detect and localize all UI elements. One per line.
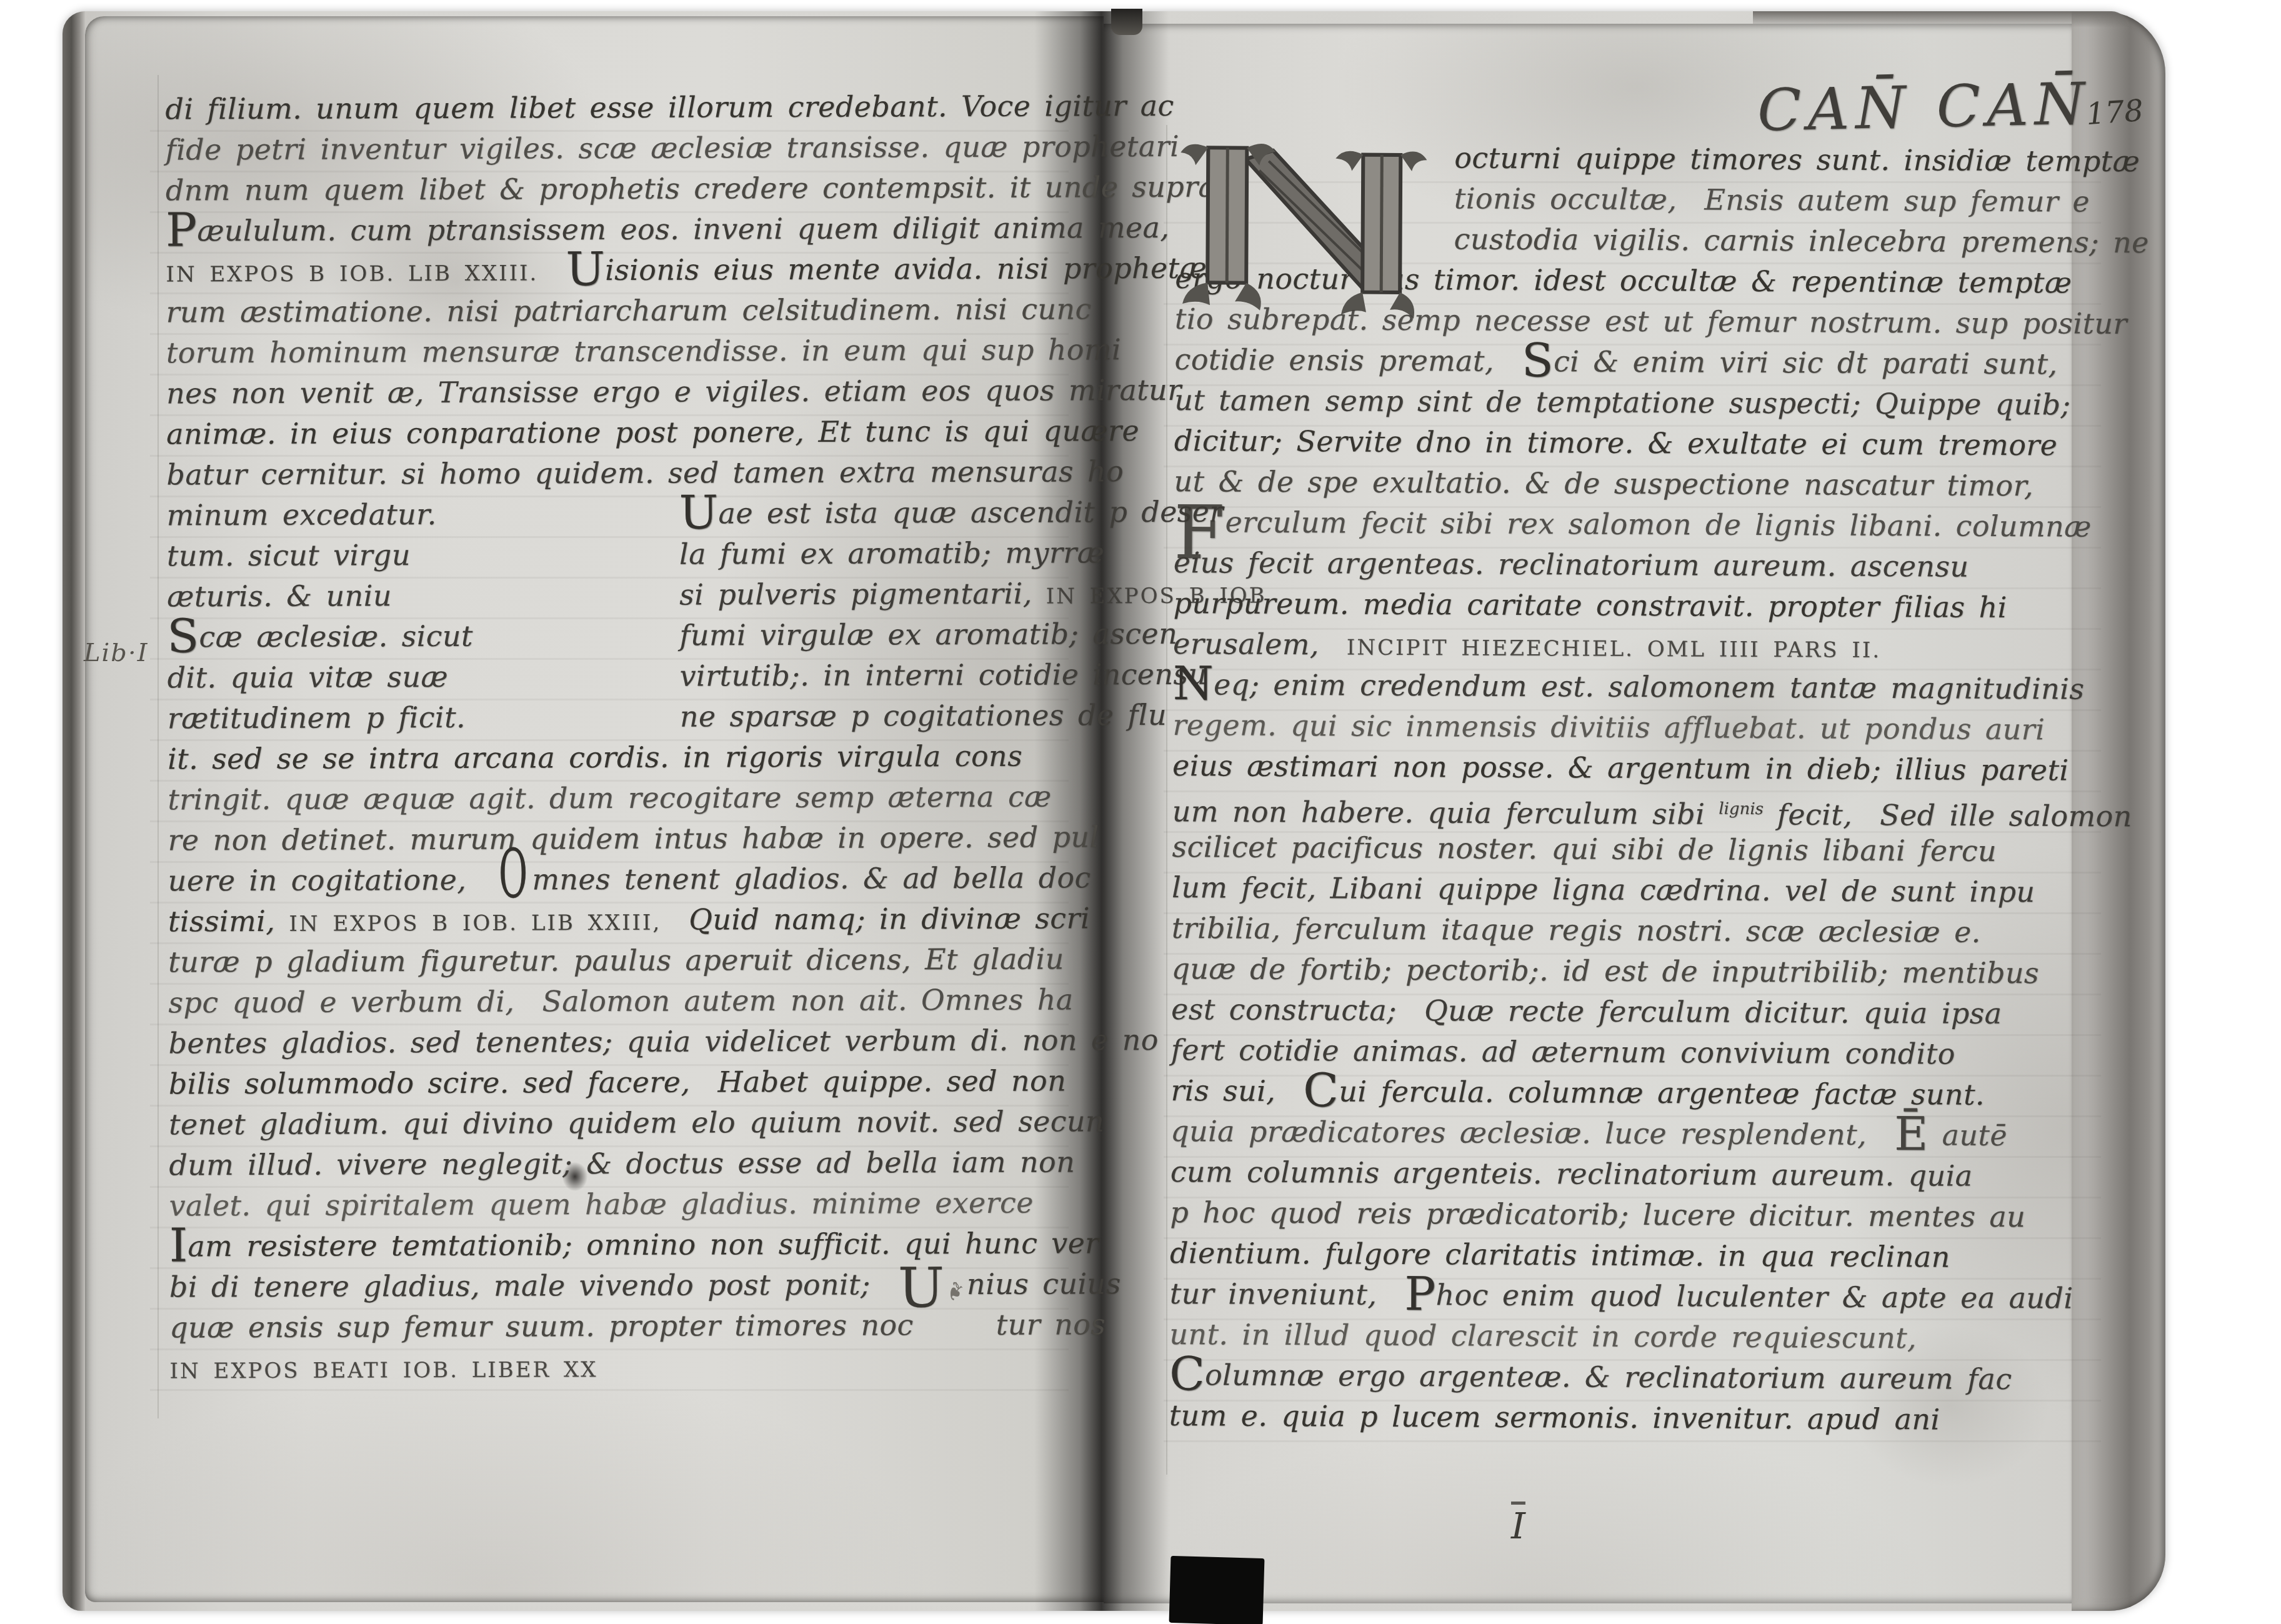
text-segment: ui fercula. columnæ argenteæ factæ sunt. [1339, 1074, 1985, 1111]
manuscript-line: tur inveniunt, Phoc enim quod luculenter… [1170, 1273, 2114, 1319]
manuscript-line: bi di tenere gladius, male vivendo post … [169, 1263, 1069, 1307]
manuscript-line: ut tamen semp sint de temptatione suspec… [1174, 380, 2118, 426]
initial-letter: U [679, 486, 719, 539]
text-segment: minum excedatur. [167, 497, 437, 532]
text-segment: fide petri inventur vigiles. scæ æclesiæ… [166, 129, 1179, 167]
initial-letter: N [1173, 657, 1214, 710]
manuscript-line: eius fecit argenteas. reclinatorium aure… [1174, 542, 2117, 588]
manuscript-line: eius æstimari non posse. & argentum in d… [1172, 745, 2116, 791]
line-fragment-left: minum excedatur. [167, 494, 412, 536]
text-segment: batur cernitur. si homo quidem. sed tame… [166, 454, 1124, 491]
text-segment: dit. quia vitæ suæ [167, 660, 449, 695]
rubric-caps: IN EXPOS BEATI IOB. LIBER XX [169, 1357, 597, 1383]
manuscript-line: it. sed se se intra arcana cordis. in ri… [167, 735, 1067, 779]
initial-letter: P [1404, 1267, 1436, 1321]
initial-gap [412, 605, 679, 605]
text-segment: tum e. quia p lucem sermonis. invenitur.… [1169, 1398, 1940, 1436]
text-segment: nius cuius [967, 1267, 1121, 1301]
manuscript-line: est constructa; Quæ recte ferculum dicit… [1171, 989, 2115, 1035]
left-text-wrap-around-initial: minum excedatur.Uae est ista quæ ascendi… [167, 492, 1067, 739]
text-segment: erusalem, [1173, 627, 1347, 661]
manuscript-line: erusalem, INCIPIT HIEZECHIEL. OML IIII P… [1173, 624, 2117, 669]
manuscript-line: rum æstimatione. nisi patriarcharum cels… [166, 289, 1066, 332]
manuscript-line: Ferculum fecit sibi rex salomon de ligni… [1174, 502, 2117, 547]
text-segment: p hoc quod reis prædicatorib; lucere dic… [1170, 1195, 2025, 1233]
manuscript-line: valet. qui spiritalem quem habæ gladius.… [169, 1182, 1069, 1226]
text-segment: quia prædicatores æclesiæ. luce resplend… [1170, 1114, 1894, 1152]
manuscript-line: quæ de fortib; pectorib;. id est de inpu… [1171, 949, 2115, 994]
line-fragment-left: dit. quia vitæ suæ [167, 657, 412, 698]
text-segment: tionis occultæ, Ensis autem sup femur e [1454, 181, 2090, 218]
text-segment: eius æstimari non posse. & argentum in d… [1172, 749, 2069, 787]
manuscript-line: tio subrepat. semp necesse est ut femur … [1175, 299, 2119, 344]
manuscript-line: lum fecit, Libani quippe ligna cædrina. … [1172, 867, 2115, 913]
left-text-upper: di filium. unum quem libet esse illorum … [165, 86, 1066, 495]
text-segment: est constructa; Quæ recte ferculum dicit… [1171, 992, 2002, 1030]
text-segment: quæ ensis sup femur suum. propter timore… [169, 1307, 1106, 1344]
manuscript-line: bilis solummodo scire. sed facere, Habet… [169, 1060, 1069, 1104]
initial-letter: C [1169, 1347, 1205, 1401]
manuscript-line: æturis. & uniusi pulveris pigmentarii, I… [167, 573, 1067, 617]
text-segment: æululum. cum ptransissem eos. inveni que… [197, 211, 1169, 247]
text-segment: animæ. in eius conparatione post ponere,… [166, 414, 1139, 451]
manuscript-line: Neq; enim credendum est. salomonem tantæ… [1173, 664, 2117, 710]
text-segment: cum columnis argenteis. reclinatorium au… [1170, 1155, 1973, 1193]
superscript-gloss: lignis [1719, 800, 1764, 819]
manuscript-line: di filium. unum quem libet esse illorum … [165, 86, 1065, 129]
quire-mark: I [1511, 1505, 1525, 1547]
text-segment [538, 253, 566, 287]
text-segment: isionis eius mente avida. nisi prophetæ [605, 251, 1207, 287]
manuscript-line: p hoc quod reis prædicatorib; lucere dic… [1170, 1192, 2114, 1238]
manuscript-line: dientium. fulgore claritatis intimæ. in … [1170, 1233, 2114, 1278]
manuscript-line: dicitur; Servite dno in timore. & exulta… [1174, 421, 2118, 466]
text-segment: erculum fecit sibi rex salomon de lignis… [1225, 505, 2091, 543]
manuscript-line: tionis occultæ, Ensis autem sup femur e [1175, 177, 2119, 222]
text-segment: re non detinet. murum quidem intus habæ … [167, 820, 1099, 857]
line-fragment-left: Scæ æclesiæ. sicut [167, 616, 412, 657]
initial-gap [412, 686, 680, 687]
text-segment: fecit, Sed ille salomon [1764, 797, 2132, 833]
text-segment: uere in cogitatione, [168, 863, 494, 898]
text-segment: bentes gladios. sed tenentes; quia videl… [169, 1023, 1159, 1060]
text-segment: tissimi, [168, 904, 289, 939]
rubric-caps: IN EXPOS B IOB. LIB XXIII. [166, 261, 538, 287]
text-segment: tenet gladium. qui divino quidem elo qui… [169, 1104, 1104, 1141]
margin-note-lib: Lib·I [84, 639, 148, 667]
manuscript-line: um non habere. quia ferculum sibi lignis… [1172, 786, 2116, 832]
initial-letter: F [1174, 489, 1225, 575]
manuscript-line: dnm num quem libet & prophetis credere c… [166, 167, 1066, 211]
text-segment: ris sui, [1170, 1074, 1303, 1108]
manuscript-line: uere in cogitatione, Omnes tenent gladio… [168, 857, 1068, 901]
text-segment: di filium. unum quem libet esse illorum … [165, 89, 1174, 126]
text-segment: tringit. quæ æquæ agit. dum recogitare s… [167, 780, 1052, 817]
text-segment: tum. sicut virgu [167, 538, 411, 572]
manuscript-line: dit. quia vitæ suævirtutib;. in interni … [167, 654, 1067, 698]
manuscript-line: spc quod e verbum di, Salomon autem non … [168, 979, 1068, 1023]
wrap-rows: minum excedatur.Uae est ista quæ ascendi… [167, 492, 1067, 739]
text-segment: fert cotidie animas. ad æternum conviviu… [1171, 1033, 1955, 1071]
manuscript-line: tissimi, IN EXPOS B IOB. LIB XXIII, Quid… [168, 898, 1068, 942]
manuscript-line: ut & de spe exultatio. & de suspectione … [1174, 461, 2117, 507]
manuscript-line: IN EXPOS B IOB. LIB XXIII. Uisionis eius… [166, 248, 1066, 292]
manuscript-line: rætitudinem p ficit.ne sparsæ p cogitati… [167, 695, 1067, 739]
manuscript-line: re non detinet. murum quidem intus habæ … [167, 817, 1067, 860]
manuscript-line: ris sui, Cui fercula. columnæ argenteæ f… [1170, 1070, 2114, 1116]
text-segment: rætitudinem p ficit. [167, 700, 466, 735]
binding-notch [1111, 9, 1142, 35]
manuscript-line: IN EXPOS BEATI IOB. LIBER XX [169, 1345, 1069, 1388]
text-segment: cotidie ensis premat, [1174, 342, 1522, 378]
text-segment: dum illud. vivere neglegit; & doctus ess… [169, 1145, 1075, 1182]
initial-letter: U [566, 242, 605, 296]
manuscript-line: batur cernitur. si homo quidem. sed tame… [166, 451, 1066, 495]
manuscript-line: minum excedatur.Uae est ista quæ ascendi… [167, 492, 1067, 536]
rubric-caps: INCIPIT HIEZECHIEL. OML IIII PARS II. [1347, 635, 1881, 663]
line-fragment-right: ne sparsæ p cogitationes de flu [680, 698, 1167, 734]
initial-letter: P [166, 203, 197, 257]
text-segment: bi di tenere gladius, male vivendo post … [169, 1267, 898, 1303]
manuscript-line: tribilia, ferculum itaque regis nostri. … [1172, 908, 2115, 954]
manuscript-line: quæ ensis sup femur suum. propter timore… [169, 1304, 1069, 1348]
leaf-flourish-icon: ❧ [953, 1278, 959, 1300]
initial-letter: Ē [1894, 1107, 1929, 1161]
text-segment: purpureum. media caritate constravit. pr… [1173, 586, 2007, 624]
text-segment: turæ p gladium figuretur. paulus aperuit… [168, 942, 1064, 979]
text-segment: dientium. fulgore claritatis intimæ. in … [1170, 1236, 1950, 1274]
text-segment: ut tamen semp sint de temptatione suspec… [1174, 383, 2070, 422]
manuscript-line: quia prædicatores æclesiæ. luce resplend… [1170, 1111, 2114, 1157]
text-segment: cæ æclesiæ. sicut [199, 619, 473, 654]
text-segment: custodia vigilis. carnis inlecebra preme… [1454, 222, 2149, 259]
text-segment: Quid namq; in divinæ scri [661, 901, 1090, 936]
text-segment: æturis. & uniu [167, 579, 392, 613]
text-segment: tio subrepat. semp necesse est ut femur … [1175, 302, 2127, 341]
rubric-caps: IN EXPOS B IOB. LIB XXIII, [289, 910, 661, 937]
text-segment: rum æstimatione. nisi patriarcharum cels… [166, 292, 1092, 329]
manuscript-line: Columnæ ergo argenteæ. & reclinatorium a… [1169, 1355, 2113, 1400]
line-fragment-right: fumi virgulæ ex aromatib; ascen [679, 617, 1177, 652]
initial-letter: S [167, 609, 199, 663]
initial-gap [412, 524, 679, 524]
text-segment: unt. in illud quod clarescit in corde re… [1169, 1317, 1917, 1355]
manuscript-line: turæ p gladium figuretur. paulus aperuit… [168, 939, 1068, 982]
text-segment: la fumi ex aromatib; myrræ [679, 536, 1104, 570]
text-segment: spc quod e verbum di, Salomon autem non … [168, 982, 1073, 1019]
text-segment: olumnæ ergo argenteæ. & reclinatorium au… [1205, 1358, 2012, 1396]
initial-letter: I [169, 1218, 188, 1272]
text-segment: torum hominum mensuræ transcendisse. in … [166, 332, 1121, 369]
text-segment: ae est ista quæ ascendit p deser [718, 495, 1223, 531]
manuscript-line: cum columnis argenteis. reclinatorium au… [1170, 1152, 2114, 1197]
manuscript-line: scilicet pacificus noster. qui sibi de l… [1172, 827, 2115, 872]
manuscript-line: Scæ æclesiæ. sicutfumi virgulæ ex aromat… [167, 614, 1067, 657]
text-segment: ut & de spe exultatio. & de suspectione … [1174, 464, 2034, 502]
manuscript-line: tenet gladium. qui divino quidem elo qui… [169, 1101, 1069, 1145]
initial-letter: S [1522, 334, 1554, 387]
text-segment: dnm num quem libet & prophetis credere c… [166, 170, 1216, 207]
text-segment: quæ de fortib; pectorib;. id est de inpu… [1171, 952, 2039, 990]
text-segment: ci & enim viri sic dt parati sunt, [1554, 344, 2058, 381]
right-page-text: N octurni quippe timores sunt. insidiæ t… [1169, 136, 2120, 1441]
line-fragment-right: virtutib;. in interni cotidie incensu [680, 657, 1207, 693]
left-cover-edge [62, 11, 85, 1611]
text-segment: tribilia, ferculum itaque regis nostri. … [1172, 911, 1981, 949]
manuscript-line: bentes gladios. sed tenentes; quia videl… [169, 1020, 1069, 1064]
left-text-lower: it. sed se se intra arcana cordis. in ri… [167, 735, 1070, 1388]
manuscript-line: tum e. quia p lucem sermonis. invenitur.… [1169, 1395, 2113, 1441]
text-segment: eq; enim credendum est. salomonem tantæ … [1214, 667, 2085, 705]
manuscript-line: fide petri inventur vigiles. scæ æclesiæ… [166, 126, 1066, 170]
line-fragment-right: Uae est ista quæ ascendit p deser [679, 495, 1224, 531]
text-segment: lum fecit, Libani quippe ligna cædrina. … [1172, 870, 2035, 909]
text-segment: valet. qui spiritalem quem habæ gladius.… [169, 1186, 1034, 1223]
text-segment: hoc enim quod luculenter & apte ea audi [1435, 1278, 2073, 1315]
text-segment: regem. qui sic inmensis divitiis afflueb… [1172, 708, 2045, 746]
manuscript-photo: CAN̄ CAN̄ 178 Lib·I I di filium. unum qu… [0, 0, 2281, 1624]
line-fragment-left: tum. sicut virgu [167, 535, 412, 576]
initial-gap [412, 564, 679, 565]
text-segment: um non habere. quia ferculum sibi [1172, 794, 1719, 831]
right-text-main: ergo noctur nus timor. idest occultæ & r… [1169, 258, 2119, 1441]
manuscript-line: purpureum. media caritate constravit. pr… [1173, 583, 2117, 629]
text-segment: eius fecit argenteas. reclinatorium aure… [1174, 545, 1969, 584]
manuscript-line: unt. in illud quod clarescit in corde re… [1169, 1314, 2113, 1360]
manuscript-line: cotidie ensis premat, Sci & enim viri si… [1174, 339, 2118, 385]
running-title: CAN̄ CAN̄ [1757, 70, 2092, 144]
text-segment: dicitur; Servite dno in timore. & exulta… [1174, 424, 2058, 462]
text-segment: virtutib;. in interni cotidie incensu [680, 657, 1207, 693]
text-segment: bilis solummodo scire. sed facere, Habet… [169, 1064, 1066, 1100]
bookmark-strap [1169, 1556, 1265, 1624]
text-segment: scilicet pacificus noster. qui sibi de l… [1172, 830, 1997, 868]
text-segment: fumi virgulæ ex aromatib; ascen [679, 617, 1177, 652]
manuscript-line: torum hominum mensuræ transcendisse. in … [166, 329, 1066, 373]
initial-letter: C [1303, 1064, 1339, 1117]
manuscript-line: tringit. quæ æquæ agit. dum recogitare s… [167, 776, 1067, 820]
text-segment: it. sed se se intra arcana cordis. in ri… [167, 739, 1022, 776]
manuscript-line: regem. qui sic inmensis divitiis afflueb… [1172, 705, 2116, 750]
text-segment: mnes tenent gladios. & ad bella doc [532, 860, 1091, 896]
text-segment: am resistere temtationib; omnino non suf… [187, 1226, 1099, 1263]
line-fragment-left: æturis. & uniu [167, 575, 412, 617]
left-page-text: di filium. unum quem libet esse illorum … [165, 86, 1069, 1388]
manuscript-line: animæ. in eius conparatione post ponere,… [166, 411, 1066, 454]
line-fragment-right: la fumi ex aromatib; myrræ [679, 536, 1104, 570]
manuscript-line: dum illud. vivere neglegit; & doctus ess… [169, 1142, 1069, 1185]
text-segment: autē [1928, 1118, 2007, 1152]
manuscript-line: nes non venit æ, Transisse ergo e vigile… [166, 370, 1066, 414]
manuscript-line: Pæululum. cum ptransissem eos. inveni qu… [166, 207, 1066, 251]
text-segment: ne sparsæ p cogitationes de flu [680, 698, 1167, 734]
text-segment: si pulveris pigmentarii, [679, 577, 1046, 612]
text-segment: octurni quippe timores sunt. insidiæ tem… [1454, 141, 2140, 178]
folio-number: 178 [2085, 93, 2144, 132]
text-segment: nes non venit æ, Transisse ergo e vigile… [166, 373, 1182, 411]
text-segment: tur inveniunt, [1170, 1277, 1405, 1312]
line-fragment-left: rætitudinem p ficit. [167, 697, 412, 739]
manuscript-line: tum. sicut virgula fumi ex aromatib; myr… [167, 532, 1067, 576]
